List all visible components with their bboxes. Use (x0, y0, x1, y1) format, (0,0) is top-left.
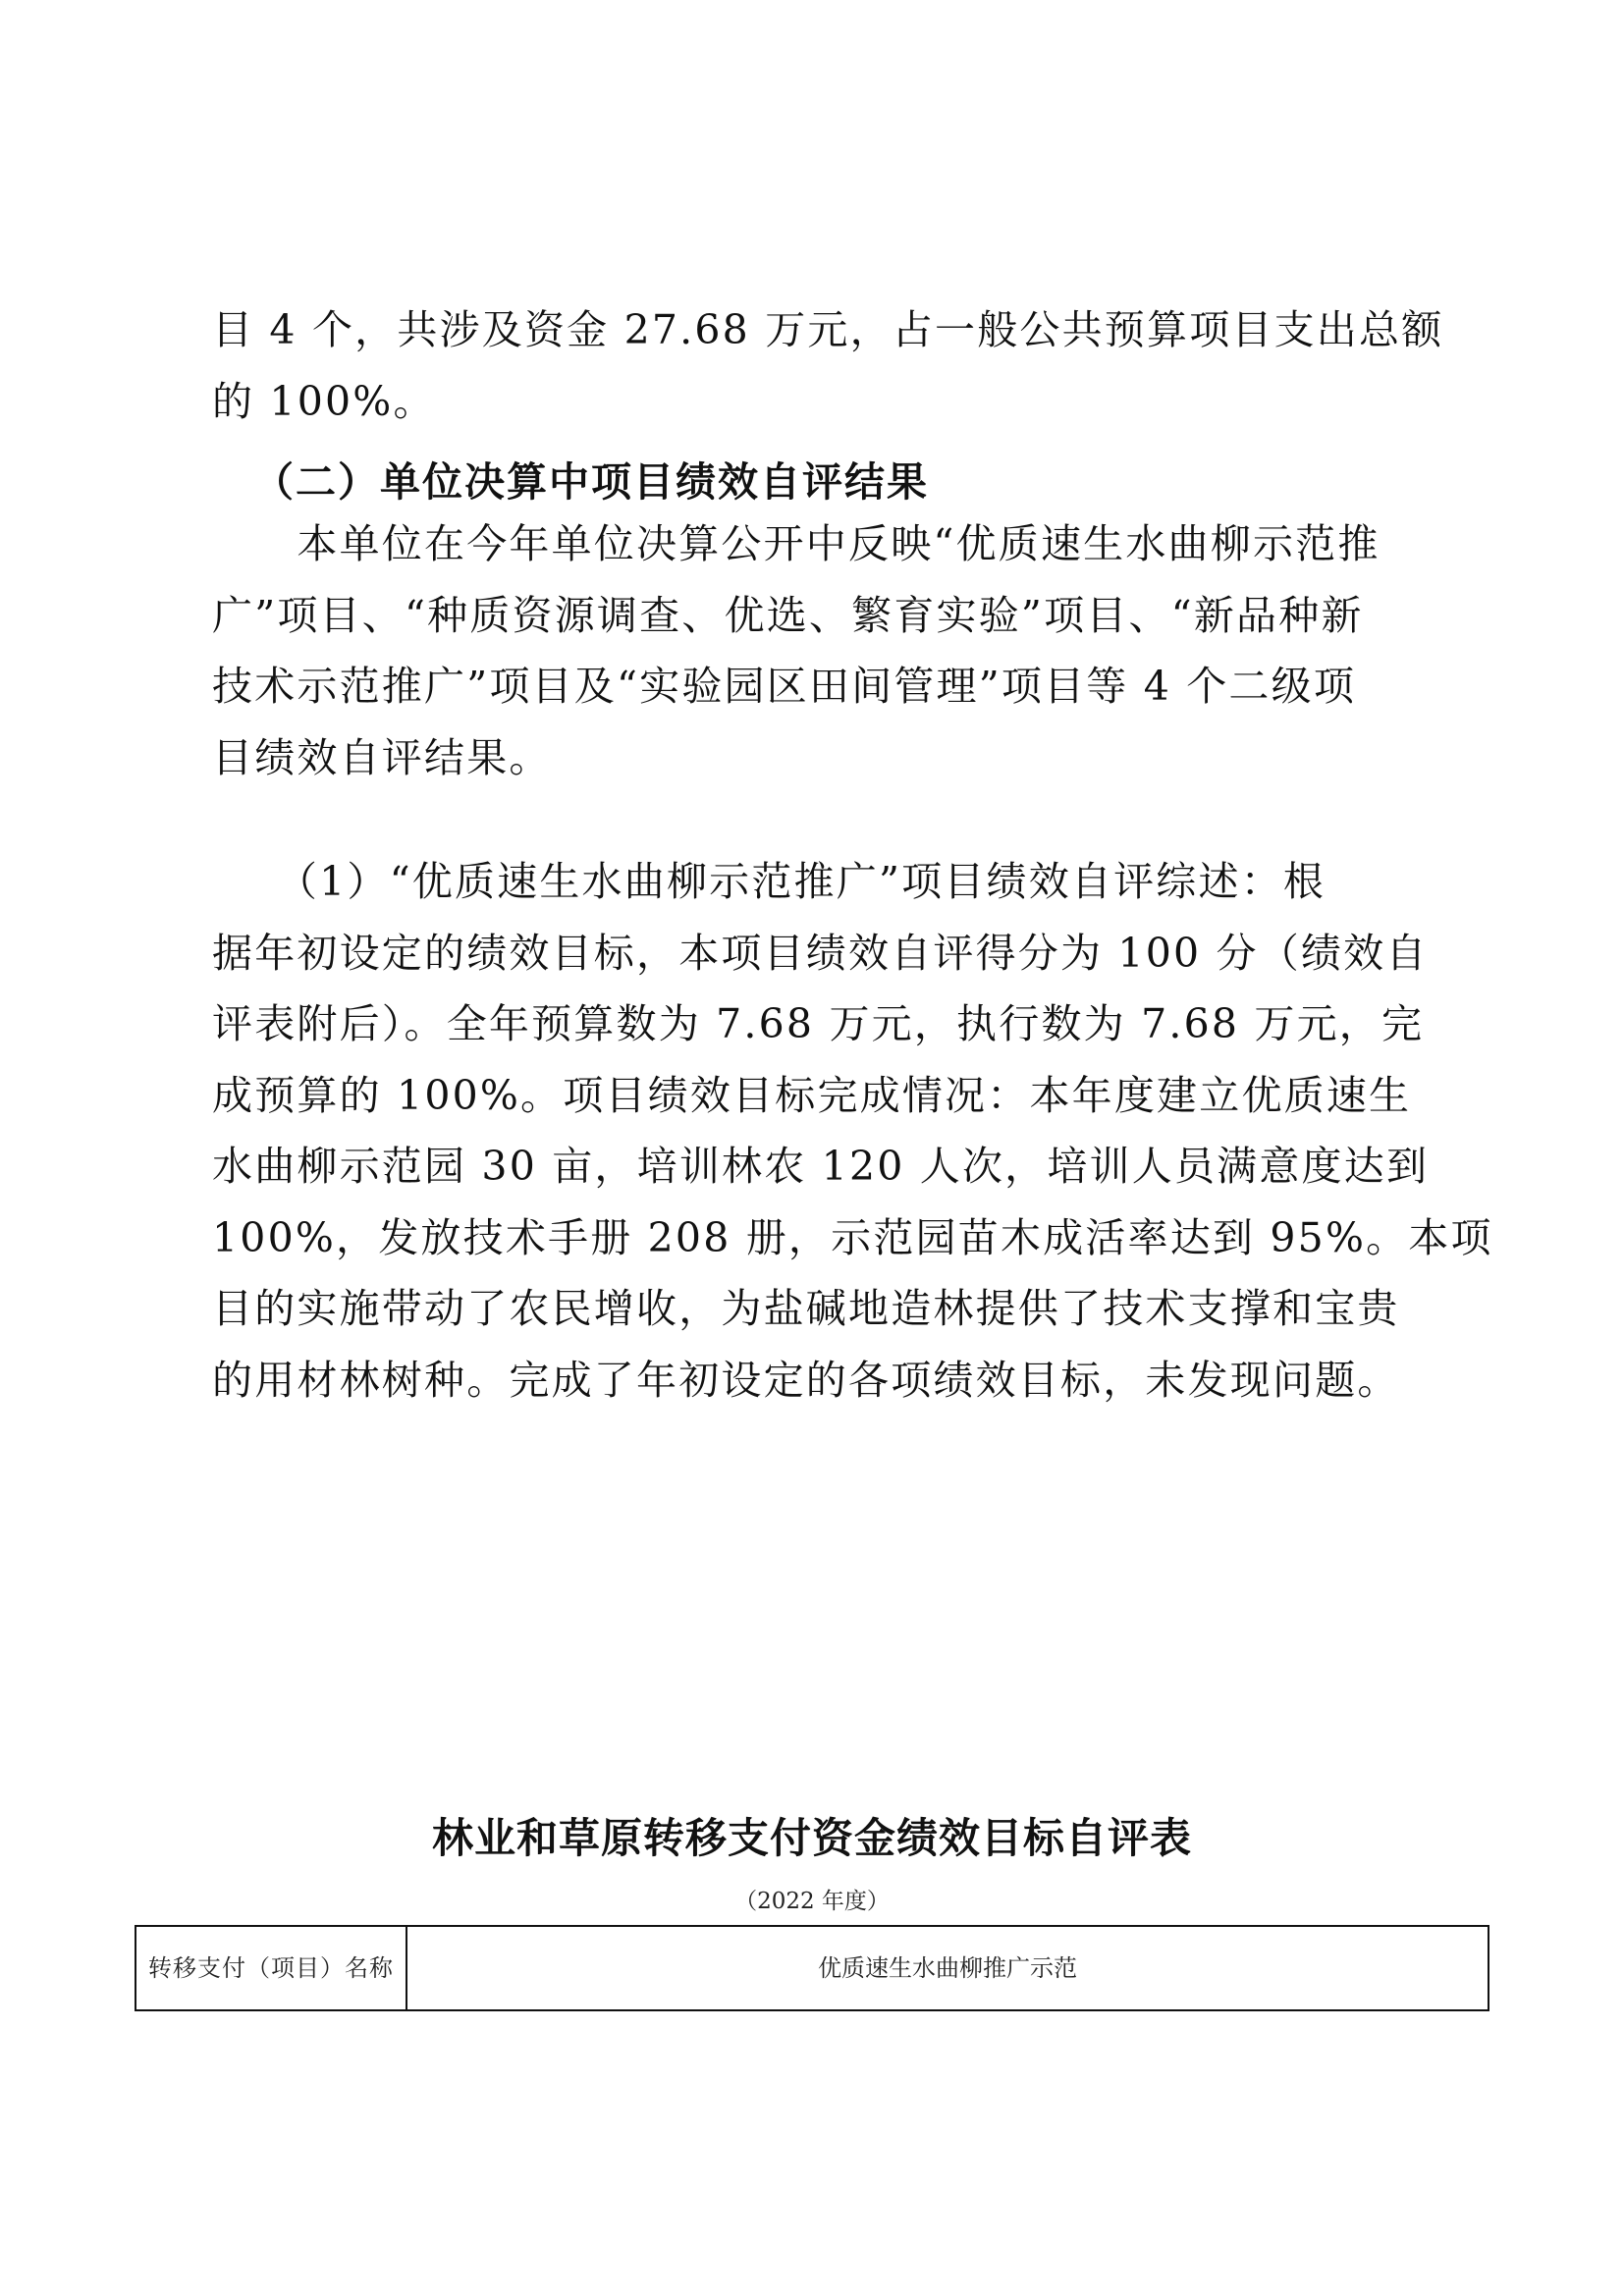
project-name-label: 转移支付（项目）名称 (135, 1926, 406, 2010)
text-line: 广”项目、“种质资源调查、优选、繁育实验”项目、“新品种新 (212, 580, 1430, 652)
table-title: 林业和草原转移支付资金绩效目标自评表 (0, 1806, 1624, 1865)
text-line: 的 100%。 (212, 366, 1430, 438)
text-line: 目绩效自评结果。 (212, 722, 1430, 794)
table-year-label: （2022 年度） (0, 1883, 1624, 1915)
table-row: 转移支付（项目）名称 优质速生水曲柳推广示范 (135, 1926, 1489, 2010)
text-line: 评表附后）。全年预算数为 7.68 万元，执行数为 7.68 万元，完 (212, 988, 1430, 1060)
text-line: 目 4 个，共涉及资金 27.68 万元，占一般公共预算项目支出总额 (212, 294, 1430, 366)
evaluation-table: 转移支付（项目）名称 优质速生水曲柳推广示范 (135, 1925, 1489, 2011)
text-line: 本单位在今年单位决算公开中反映“优质速生水曲柳示范推 (212, 508, 1430, 580)
project-1-paragraph: （1）“优质速生水曲柳示范推广”项目绩效自评综述：根 据年初设定的绩效目标，本项… (212, 846, 1430, 1415)
text-line: 成预算的 100%。项目绩效目标完成情况：本年度建立优质速生 (212, 1060, 1430, 1132)
text-line: 技术示范推广”项目及“实验园区田间管理”项目等 4 个二级项 (212, 651, 1430, 722)
section-heading: （二）单位决算中项目绩效自评结果 (253, 450, 929, 507)
intro-paragraph: 目 4 个，共涉及资金 27.68 万元，占一般公共预算项目支出总额 的 100… (212, 294, 1430, 437)
text-line: 的用材林树种。完成了年初设定的各项绩效目标，未发现问题。 (212, 1345, 1430, 1416)
document-page: 目 4 个，共涉及资金 27.68 万元，占一般公共预算项目支出总额 的 100… (0, 0, 1624, 2296)
text-line: （1）“优质速生水曲柳示范推广”项目绩效自评综述：根 (212, 846, 1430, 918)
text-line: 目的实施带动了农民增收，为盐碱地造林提供了技术支撑和宝贵 (212, 1273, 1430, 1345)
project-name-value: 优质速生水曲柳推广示范 (406, 1926, 1489, 2010)
text-line: 据年初设定的绩效目标，本项目绩效自评得分为 100 分（绩效自 (212, 918, 1430, 989)
text-line: 水曲柳示范园 30 亩，培训林农 120 人次，培训人员满意度达到 (212, 1131, 1430, 1202)
text-line: 100%，发放技术手册 208 册，示范园苗木成活率达到 95%。本项 (212, 1202, 1430, 1274)
summary-paragraph: 本单位在今年单位决算公开中反映“优质速生水曲柳示范推 广”项目、“种质资源调查、… (212, 508, 1430, 793)
